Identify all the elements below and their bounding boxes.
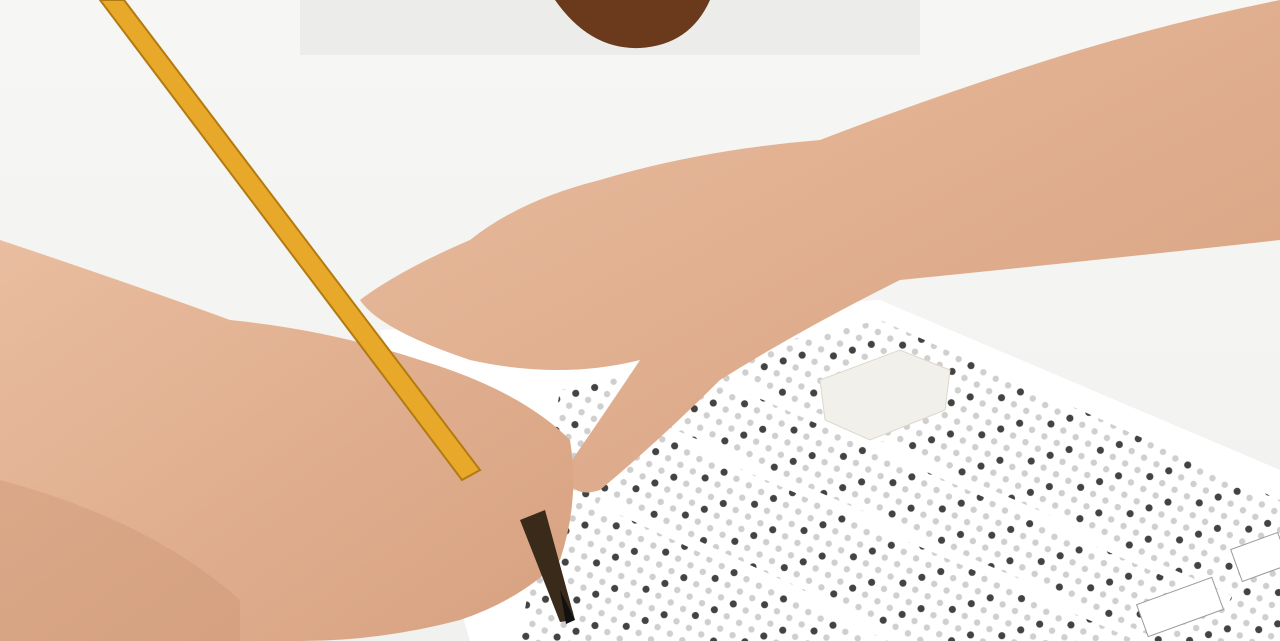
photo-illustration (0, 0, 1280, 641)
shirt (300, 0, 920, 55)
photo-scene (0, 0, 1280, 641)
